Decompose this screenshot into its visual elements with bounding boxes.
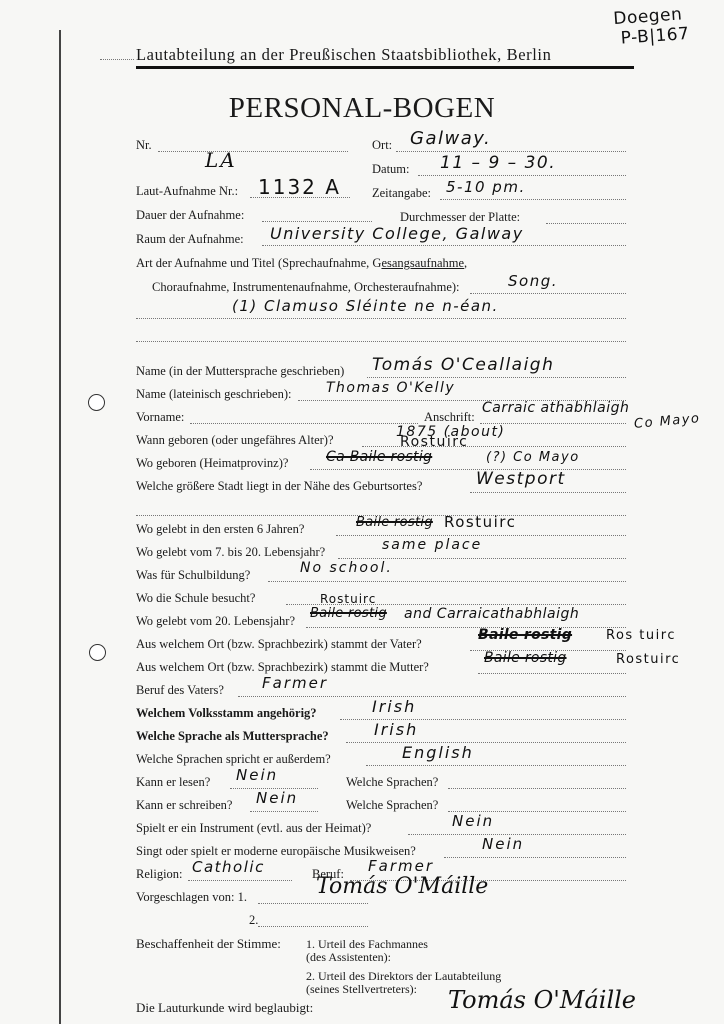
ort-value: Galway. xyxy=(410,128,491,149)
vorname-label: Vorname: xyxy=(136,410,184,425)
schreiben-sprachen-label: Welche Sprachen? xyxy=(346,798,438,813)
stadt-value: Westport xyxy=(476,469,566,489)
laut-nr-value: 1132 A xyxy=(258,175,341,199)
sprachen-label: Welche Sprachen spricht er außerdem? xyxy=(136,752,331,767)
muttersprache-label: Welche Sprache als Muttersprache? xyxy=(136,729,329,744)
muttersprache-value: Irish xyxy=(374,720,418,739)
stimme-label: Beschaffenheit der Stimme: xyxy=(136,936,281,952)
archive-tag: Doegen P-B|167 xyxy=(613,3,706,49)
schule-wo-label: Wo die Schule besucht? xyxy=(136,591,255,606)
volksstamm-value: Irish xyxy=(372,697,416,716)
schule-field[interactable] xyxy=(268,581,626,582)
zeit-field[interactable] xyxy=(440,199,626,200)
vater-beruf-field[interactable] xyxy=(238,696,626,697)
age7-20-label: Wo gelebt vom 7. bis 20. Lebensjahr? xyxy=(136,545,325,560)
art-label-part-b: , xyxy=(464,256,467,270)
mutter-ort-struck: Baile rostig xyxy=(484,650,567,666)
art-value: Song. xyxy=(508,272,558,290)
anschrift-value-county: Co Mayo xyxy=(633,411,701,432)
ort-label: Ort: xyxy=(372,138,392,153)
page-title: PERSONAL-BOGEN xyxy=(0,92,724,125)
art-label: Art der Aufnahme und Titel (Sprechaufnah… xyxy=(136,256,467,271)
header-leader xyxy=(100,59,134,60)
lesen-sprachen-label: Welche Sprachen? xyxy=(346,775,438,790)
punch-hole-bottom xyxy=(89,644,106,661)
vorgeschlagen-field-1[interactable] xyxy=(258,903,368,904)
lesen-label: Kann er lesen? xyxy=(136,775,210,790)
musik-value: Nein xyxy=(482,835,524,853)
anschrift-value: Carraic athabhlaigh xyxy=(482,400,629,416)
vorgeschlagen-signature: Tomás O'Máille xyxy=(316,874,488,899)
beruf-value: Farmer xyxy=(368,857,434,875)
title-field-line2[interactable] xyxy=(136,341,626,342)
geburtsort-correction: Rostuirc xyxy=(400,434,468,450)
dauer-field[interactable] xyxy=(262,221,372,222)
page-margin-line xyxy=(59,30,61,1024)
art-label-line2: Choraufnahme, Instrumentenaufnahme, Orch… xyxy=(152,280,460,295)
vater-ort-label: Aus welchem Ort (bzw. Sprachbezirk) stam… xyxy=(136,637,422,652)
datum-value: 11 – 9 – 30. xyxy=(440,153,556,173)
punch-hole-top xyxy=(88,394,105,411)
beglaubigt-label: Die Lauturkunde wird beglaubigt: xyxy=(136,1000,313,1016)
geburtsort-label: Wo geboren (Heimatprovinz)? xyxy=(136,456,288,471)
datum-field[interactable] xyxy=(418,175,626,176)
title-field[interactable] xyxy=(136,318,626,319)
after20-correction: Rostuirc xyxy=(320,592,376,606)
schule-value: No school. xyxy=(300,560,393,576)
schreiben-label: Kann er schreiben? xyxy=(136,798,232,813)
first6-field[interactable] xyxy=(336,535,626,536)
geboren-label: Wann geboren (oder ungefähres Alter)? xyxy=(136,433,334,448)
religion-label: Religion: xyxy=(136,867,183,882)
vater-ort-value: Ros tuirc xyxy=(606,628,676,643)
instrument-value: Nein xyxy=(452,812,494,830)
art-field[interactable] xyxy=(470,293,626,294)
schule-label: Was für Schulbildung? xyxy=(136,568,250,583)
stadt-label: Welche größere Stadt liegt in der Nähe d… xyxy=(136,479,422,494)
laut-nr-label: Laut-Aufnahme Nr.: xyxy=(136,184,238,199)
mutter-ort-label: Aus welchem Ort (bzw. Sprachbezirk) stam… xyxy=(136,660,429,675)
geburtsort-field[interactable] xyxy=(310,469,626,470)
ort-field[interactable] xyxy=(396,151,626,152)
zeit-label: Zeitangabe: xyxy=(372,186,431,201)
la-mark: LA xyxy=(205,148,237,172)
vorgeschlagen-label: Vorgeschlagen von: 1. xyxy=(136,890,247,905)
geburtsort-value: (?) Co Mayo xyxy=(486,450,580,465)
after20-label: Wo gelebt vom 20. Lebensjahr? xyxy=(136,614,295,629)
after20-struck: Baile rostig xyxy=(310,606,387,621)
volksstamm-label: Welchem Volksstamm angehörig? xyxy=(136,706,317,721)
vater-beruf-label: Beruf des Vaters? xyxy=(136,683,224,698)
sprachen-field[interactable] xyxy=(366,765,626,766)
schreiben-field[interactable] xyxy=(250,811,318,812)
geburtsort-struck: Ca Baile rostig xyxy=(326,449,432,465)
datum-label: Datum: xyxy=(372,162,410,177)
after20-value: and Carraicathabhlaigh xyxy=(404,606,579,622)
name-latin-label: Name (lateinisch geschrieben): xyxy=(136,387,292,402)
urteil2-line2: (seines Stellvertreters): xyxy=(306,982,417,997)
raum-label: Raum der Aufnahme: xyxy=(136,232,244,247)
after20-field[interactable] xyxy=(306,627,626,628)
schreiben-value: Nein xyxy=(256,789,298,807)
art-label-part-a: Art der Aufnahme und Titel (Sprechaufnah… xyxy=(136,256,381,270)
sprachen-value: English xyxy=(402,743,474,762)
zeit-value: 5-10 pm. xyxy=(446,178,526,196)
religion-value: Catholic xyxy=(192,858,265,876)
instrument-label: Spielt er ein Instrument (evtl. aus der … xyxy=(136,821,371,836)
durchmesser-label: Durchmesser der Platte: xyxy=(400,210,520,225)
vater-ort-struck: Baile rostig xyxy=(478,627,572,643)
title-value: (1) Clamuso Sléinte ne n-éan. xyxy=(232,297,499,315)
lesen-value: Nein xyxy=(236,766,278,784)
raum-value: University College, Galway xyxy=(270,224,524,243)
nr-field[interactable] xyxy=(158,151,348,152)
musik-field[interactable] xyxy=(444,857,626,858)
durchmesser-field[interactable] xyxy=(546,223,626,224)
art-label-underlined: esangsaufnahme xyxy=(381,256,464,270)
name-native-value: Tomás O'Ceallaigh xyxy=(372,355,554,375)
urteil1-line2: (des Assistenten): xyxy=(306,950,391,965)
vorgeschlagen-2-label: 2. xyxy=(249,913,258,928)
age7-20-field[interactable] xyxy=(338,558,626,559)
anschrift-label: Anschrift: xyxy=(424,410,475,425)
vorname-field[interactable] xyxy=(190,423,418,424)
mutter-ort-field[interactable] xyxy=(478,673,626,674)
name-latin-value: Thomas O'Kelly xyxy=(326,380,455,396)
first6-value: Rostuirc xyxy=(444,513,516,531)
name-native-label: Name (in der Muttersprache geschrieben) xyxy=(136,364,344,379)
dauer-label: Dauer der Aufnahme: xyxy=(136,208,244,223)
first6-struck: Baile rostig xyxy=(356,515,433,530)
age7-20-value: same place xyxy=(382,537,482,553)
beglaubigt-signature: Tomás O'Máille xyxy=(448,986,636,1014)
name-native-field[interactable] xyxy=(367,377,626,378)
institution-header: Lautabteilung an der Preußischen Staatsb… xyxy=(136,45,634,69)
vorgeschlagen-field-2[interactable] xyxy=(258,926,368,927)
first6-label: Wo gelebt in den ersten 6 Jahren? xyxy=(136,522,304,537)
mutter-ort-value: Rostuirc xyxy=(616,652,680,667)
muttersprache-field[interactable] xyxy=(346,742,626,743)
religion-field[interactable] xyxy=(188,880,292,881)
nr-label: Nr. xyxy=(136,138,152,153)
stadt-field[interactable] xyxy=(470,492,626,493)
vater-beruf-value: Farmer xyxy=(262,674,328,692)
raum-field[interactable] xyxy=(262,245,626,246)
lesen-sprachen-field[interactable] xyxy=(448,788,626,789)
